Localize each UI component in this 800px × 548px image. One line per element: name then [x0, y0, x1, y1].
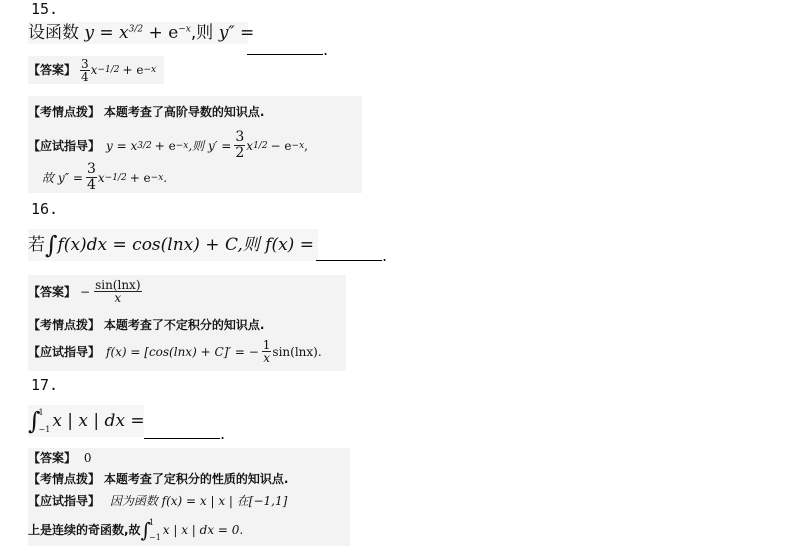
guide-expr: 故 y″ =: [42, 168, 83, 188]
answer-coef: 3 4: [80, 58, 90, 83]
point-text: 本题考查了高阶导数的知识点.: [104, 105, 265, 119]
stem-exp: 3/2: [129, 24, 143, 34]
stem-body: x | x | dx =: [52, 410, 144, 432]
answer-17: 【答案】 0: [28, 448, 91, 468]
guide-tail: sin(lnx).: [272, 342, 321, 362]
guide-punct: ,: [304, 136, 308, 156]
guide-line2-body: x | x | dx = 0.: [163, 520, 243, 540]
guide-expr: ,则 y′ =: [188, 136, 231, 156]
guide-frac: 1 x: [262, 339, 272, 364]
answer-frac: sin(lnx) x: [94, 279, 141, 304]
guide-expr: − e: [271, 136, 292, 156]
frac-numerator: 3: [234, 130, 245, 146]
guide-frac: 3 2: [234, 130, 245, 161]
question-number-16: 16.: [31, 200, 58, 218]
blank-line: [144, 437, 220, 439]
answer-sign: −: [80, 282, 90, 302]
guide-expr: y = x: [106, 136, 137, 156]
question-number-15: 15.: [31, 0, 58, 18]
guide-expr: x: [246, 136, 253, 156]
stem-prefix: 若: [28, 234, 45, 256]
lower-limit: −1: [39, 425, 51, 434]
lower-limit: −1: [149, 533, 161, 542]
guide-label: 【应试指导】: [28, 342, 100, 362]
blank-line: [316, 259, 382, 261]
integral-limits: 1 −1: [149, 518, 161, 542]
answer-label: 【答案】: [28, 60, 76, 80]
question-15-stem: 设函数 y = x3/2 + e−x,则 y″ =: [28, 22, 248, 44]
question-17-stem: ∫ 1 −1 x | x | dx =: [28, 405, 144, 437]
stem-body: f(x)dx = cos(lnx) + C,则 f(x) =: [58, 234, 314, 256]
question-16-stem: 若 ∫ f(x)dx = cos(lnx) + C,则 f(x) =: [28, 229, 318, 261]
integral-limits: 1 −1: [39, 408, 51, 434]
guide-17-line1: 【应试指导】 因为函数 f(x) = x | x | 在[−1,1]: [28, 491, 287, 511]
point-15: 【考情点拨】 本题考查了高阶导数的知识点.: [28, 102, 264, 122]
point-text: 本题考查了定积分的性质的知识点.: [104, 472, 289, 486]
stem-end: .: [382, 246, 387, 265]
point-17: 【考情点拨】 本题考查了定积分的性质的知识点.: [28, 469, 288, 489]
guide-16: 【应试指导】 f(x) = [cos(lnx) + C]′ = − 1 x si…: [28, 339, 322, 364]
guide-expr: + e: [130, 168, 151, 188]
point-label: 【考情点拨】: [28, 318, 100, 332]
frac-numerator: 3: [86, 162, 97, 178]
answer-label: 【答案】: [28, 451, 76, 465]
stem-end: .: [323, 40, 328, 59]
question-number-17: 17.: [31, 376, 58, 394]
guide-punct: .: [163, 168, 167, 188]
stem-then: ,则: [191, 23, 213, 43]
guide-15-line2: 故 y″ = 3 4 x−1/2 + e−x.: [42, 162, 167, 193]
frac-denominator: x: [114, 292, 121, 304]
integral-icon: ∫: [45, 235, 58, 255]
point-label: 【考情点拨】: [28, 105, 100, 119]
stem-plus: + e: [149, 23, 179, 43]
answer-value: 0: [84, 451, 92, 465]
upper-limit: 1: [149, 518, 161, 527]
guide-line1: 因为函数 f(x) = x | x | 在[−1,1]: [110, 494, 287, 508]
guide-line2-prefix: 上是连续的奇函数,故: [28, 520, 141, 540]
answer-15: 【答案】 3 4 x−1/2 + e−x: [28, 56, 164, 84]
answer-16: 【答案】 − sin(lnx) x: [28, 279, 143, 304]
guide-frac: 3 4: [86, 162, 97, 193]
stem-exp2: −x: [178, 24, 191, 34]
stem-prefix: 设函数: [28, 23, 79, 43]
frac-numerator: 3: [80, 58, 90, 71]
answer-var: x: [91, 60, 98, 80]
guide-label: 【应试指导】: [28, 136, 100, 156]
upper-limit: 1: [39, 408, 51, 417]
guide-label: 【应试指导】: [28, 494, 100, 508]
guide-expr: x: [98, 168, 105, 188]
frac-denominator: 4: [87, 178, 96, 193]
point-16: 【考情点拨】 本题考查了不定积分的知识点.: [28, 315, 264, 335]
stem-func: y = x: [84, 23, 128, 43]
guide-17-line2: 上是连续的奇函数,故 ∫ 1 −1 x | x | dx = 0.: [28, 518, 243, 542]
explanation-17: 【答案】 0 【考情点拨】 本题考查了定积分的性质的知识点. 【应试指导】 因为…: [28, 448, 350, 546]
point-label: 【考情点拨】: [28, 472, 100, 486]
guide-expr: f(x) = [cos(lnx) + C]′ = −: [106, 342, 259, 362]
guide-15-line1: 【应试指导】 y = x3/2 + e−x ,则 y′ = 3 2 x1/2 −…: [28, 130, 308, 161]
blank-line: [247, 53, 323, 55]
guide-expr: + e: [155, 136, 176, 156]
stem-end: .: [220, 424, 225, 443]
answer-blank-16: .: [316, 246, 387, 265]
answer-label: 【答案】: [28, 282, 76, 302]
answer-blank-15: .: [247, 40, 328, 59]
answer-blank-17: .: [144, 424, 225, 443]
explanation-16: 【答案】 − sin(lnx) x 【考情点拨】 本题考查了不定积分的知识点. …: [28, 275, 346, 371]
frac-denominator: 4: [81, 71, 89, 83]
frac-denominator: 2: [235, 146, 244, 161]
point-text: 本题考查了不定积分的知识点.: [104, 318, 265, 332]
explanation-15: 【考情点拨】 本题考查了高阶导数的知识点. 【应试指导】 y = x3/2 + …: [28, 96, 362, 193]
frac-denominator: x: [263, 352, 270, 364]
answer-tail: + e: [123, 60, 144, 80]
